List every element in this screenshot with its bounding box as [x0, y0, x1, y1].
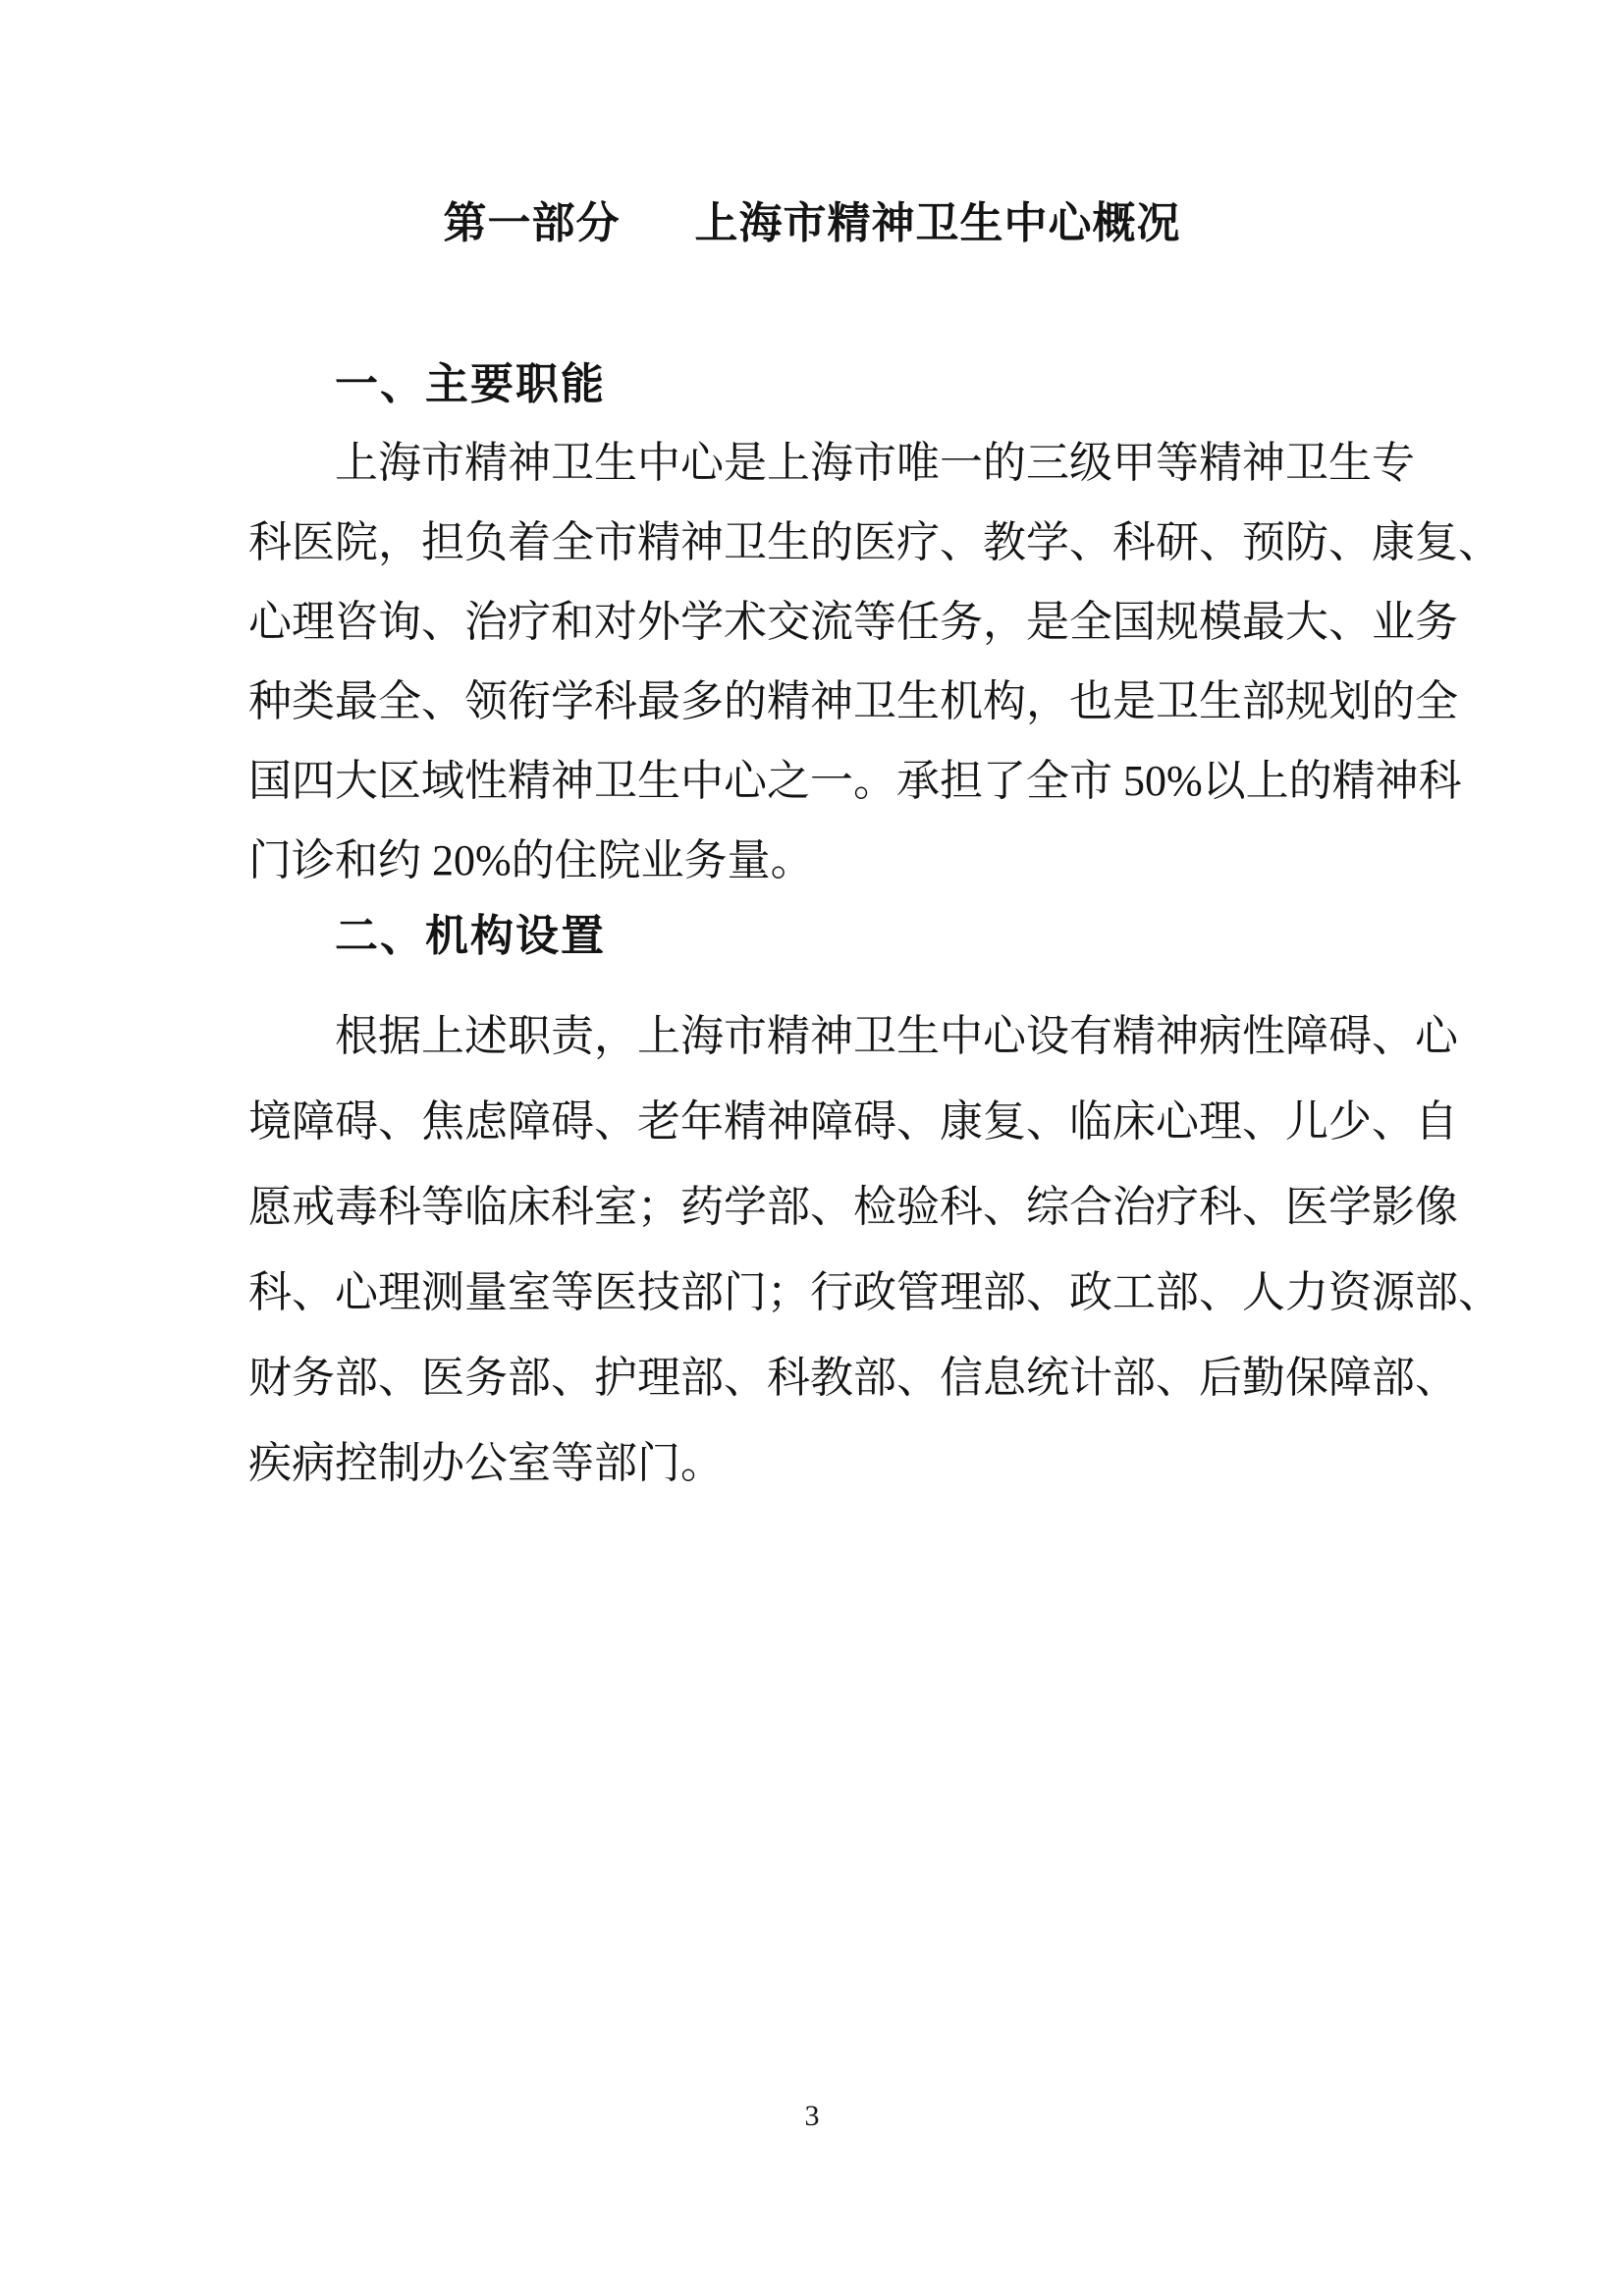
text-line: 门诊和约 20%的住院业务量。 — [248, 821, 1377, 900]
text-line: 财务部、医务部、护理部、科教部、信息统计部、后勤保障部、 — [248, 1335, 1377, 1420]
text-line: 境障碍、焦虑障碍、老年精神障碍、康复、临床心理、儿少、自 — [248, 1079, 1377, 1164]
text-line: 国四大区域性精神卫生中心之一。承担了全市 50%以上的精神科 — [248, 741, 1377, 821]
title-section-number: 第一部分 — [444, 199, 621, 247]
section-1-heading: 一、主要职能 — [248, 362, 1463, 407]
section-2-heading: 二、机构设置 — [248, 914, 1463, 959]
section-1-paragraph: 上海市精神卫生中心是上海市唯一的三级甲等精神卫生专 科医院，担负着全市精神卫生的… — [248, 423, 1377, 900]
section-2-paragraph: 根据上述职责，上海市精神卫生中心设有精神病性障碍、心 境障碍、焦虑障碍、老年精神… — [248, 993, 1377, 1506]
text-line: 愿戒毒科等临床科室；药学部、检验科、综合治疗科、医学影像 — [248, 1164, 1377, 1250]
title-section-name: 上海市精神卫生中心概况 — [695, 199, 1181, 247]
text-line: 科医院，担负着全市精神卫生的医疗、教学、科研、预防、康复、 — [248, 503, 1377, 582]
page-number: 3 — [0, 2097, 1624, 2136]
text-line: 疾病控制办公室等部门。 — [248, 1420, 1377, 1506]
page-title: 第一部分上海市精神卫生中心概况 — [0, 194, 1624, 253]
text-line: 科、心理测量室等医技部门；行政管理部、政工部、人力资源部、 — [248, 1250, 1377, 1335]
text-line: 根据上述职责，上海市精神卫生中心设有精神病性障碍、心 — [248, 993, 1377, 1079]
text-line: 心理咨询、治疗和对外学术交流等任务，是全国规模最大、业务 — [248, 582, 1377, 662]
text-line: 上海市精神卫生中心是上海市唯一的三级甲等精神卫生专 — [248, 423, 1377, 503]
text-line: 种类最全、领衔学科最多的精神卫生机构，也是卫生部规划的全 — [248, 662, 1377, 741]
document-page: 第一部分上海市精神卫生中心概况 一、主要职能 上海市精神卫生中心是上海市唯一的三… — [0, 0, 1624, 2296]
